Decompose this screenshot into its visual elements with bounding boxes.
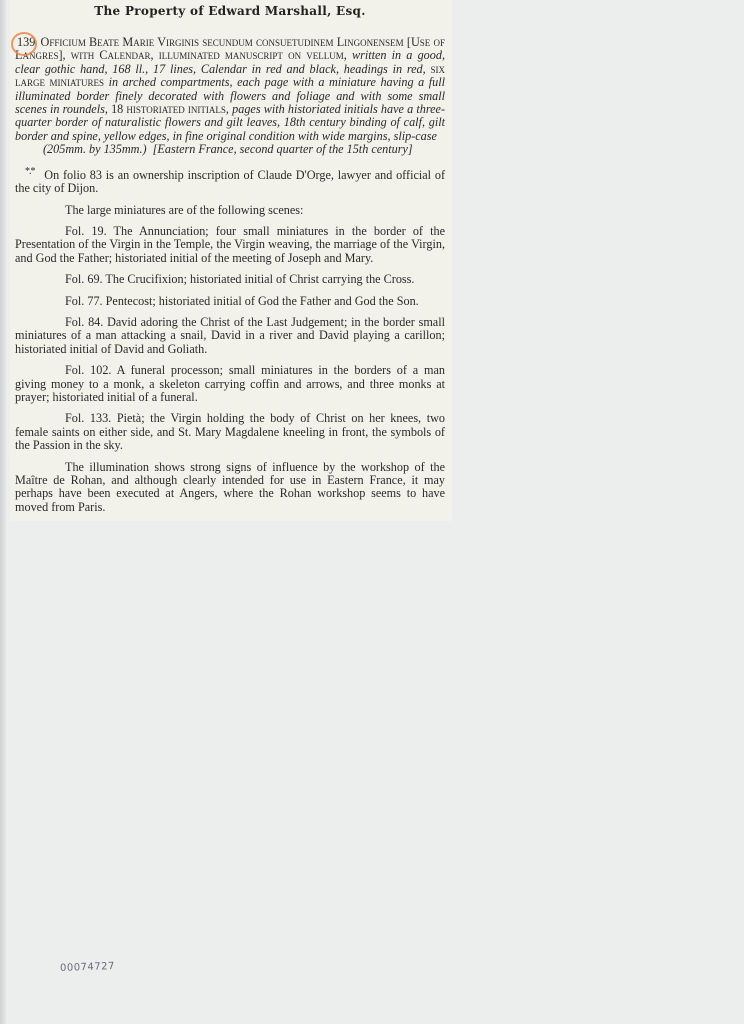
paragraph-fol-133: Fol. 133. Pietà; the Virgin holding the …: [15, 412, 445, 452]
paragraph-fol-69: Fol. 69. The Crucifixion; historiated in…: [15, 273, 445, 286]
lot-initials: historiated initials,: [126, 102, 229, 116]
lot-dimensions-line: (205mm. by 135mm.) [Eastern France, seco…: [15, 143, 445, 156]
paragraph-fol-19: Fol. 19. The Annunciation; four small mi…: [15, 225, 445, 265]
paragraph-intro: The large miniatures are of the followin…: [15, 204, 445, 217]
ownership-note: *.* On folio 83 is an ownership inscript…: [15, 165, 445, 196]
lot-entry: 139 Officium Beate Marie Virginis secund…: [15, 36, 445, 514]
paragraph-fol-77: Fol. 77. Pentecost; historiated initial …: [15, 295, 445, 308]
lot-description: 139 Officium Beate Marie Virginis secund…: [15, 36, 445, 143]
initials-count: 18: [111, 102, 123, 116]
paragraph-fol-84: Fol. 84. David adoring the Christ of the…: [15, 316, 445, 356]
lot-number: 139: [15, 36, 37, 49]
ownership-note-text: On folio 83 is an ownership inscription …: [15, 168, 445, 195]
page-edge-shadow: [0, 0, 6, 1024]
asterism-icon: *.*: [25, 166, 35, 177]
paragraph-fol-102: Fol. 102. A funeral processon; small min…: [15, 364, 445, 404]
lot-origin: [Eastern France, second quarter of the 1…: [153, 142, 413, 156]
lot-dimensions: (205mm. by 135mm.): [43, 142, 147, 156]
handwritten-id-stamp: 00074727: [60, 961, 115, 974]
paragraph-illumination: The illumination shows strong signs of i…: [15, 461, 445, 515]
page-header: The Property of Edward Marshall, Esq.: [0, 4, 460, 18]
